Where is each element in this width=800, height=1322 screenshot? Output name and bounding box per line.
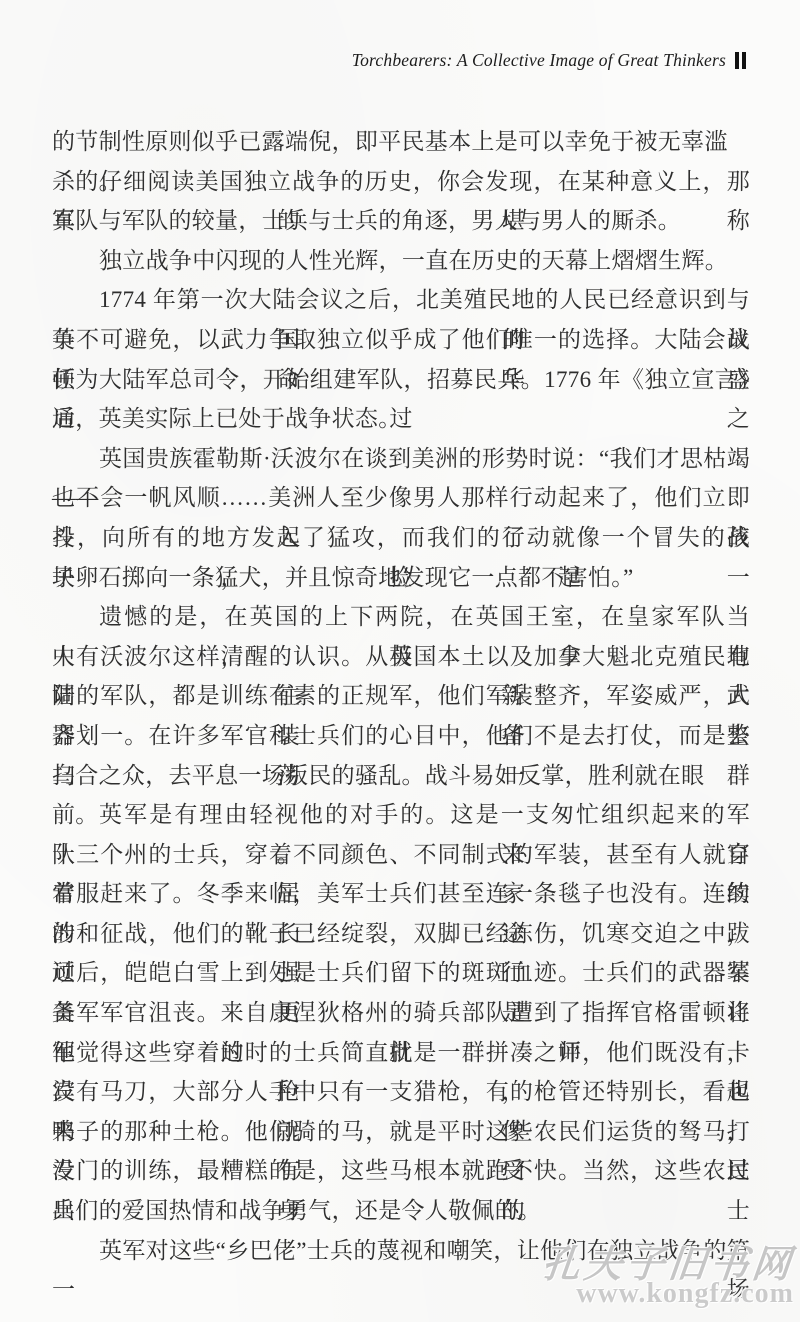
text-line: 斗，向所有的地方发起了猛攻，而我们的行动就像一个冒失的孩子，捡起一 — [52, 518, 750, 558]
text-line: 英国贵族霍勒斯·沃波尔在谈到美洲的形势时说：“我们才思枯竭—— — [52, 439, 750, 479]
text-line: 顿为大陆军总司令，开始组建军队，招募民兵。1776 年《独立宣言》通过之 — [52, 360, 750, 400]
body-text: 的节制性原则似乎已露端倪，即平民基本上是可以幸免于被无辜滥杀的。仔细阅读美国独立… — [52, 122, 750, 1270]
text-line: 十三个州的士兵，穿着不同颜色、不同制式的军装，甚至有人就穿着居家的 — [52, 835, 750, 875]
text-line: 没有马刀，大部分人手中只有一支猎枪，有的枪管还特别长，看起来就像打 — [52, 1072, 750, 1112]
text-line: 常服赶来了。冬季来临，美军士兵们甚至连一条毯子也没有。连续的长途跋 — [52, 874, 750, 914]
running-header-title: Torchbearers: A Collective Image of Grea… — [352, 50, 726, 71]
text-line: 遗憾的是，在英国的上下两院，在英国王室，在皇家军队当中，极少有 — [52, 597, 750, 637]
text-line: 英军是有理由轻视他的对手的。这是一支匆忙组织起来的军队。来自 — [52, 795, 750, 835]
text-line: 过后，皑皑白雪上到处是士兵们留下的斑斑血迹。士兵们的武器装备更是让 — [52, 953, 750, 993]
text-line: 涉和征战，他们的靴子已经绽裂，双脚已经冻伤，饥寒交迫之中，顽强行军 — [52, 914, 750, 954]
text-line: 人有沃波尔这样清醒的认识。从英国本土以及加拿大魁北克殖民地调往新大 — [52, 637, 750, 677]
text-line: 独立战争中闪现的人性光辉，一直在历史的天幕上熠熠生辉。 — [52, 241, 750, 281]
text-line: 争不可避免，以武力争取独立似乎成了他们唯一的选择。大陆会议任命华盛 — [52, 320, 750, 360]
text-line: 仔细阅读美国独立战争的历史，你会发现，在某种意义上，那真的堪称 — [52, 162, 750, 202]
page-header: Torchbearers: A Collective Image of Grea… — [352, 50, 746, 71]
page: { "header": { "title": "Torchbearers: A … — [0, 0, 800, 1322]
text-line: 也不会一帆风顺……美洲人至少像男人那样行动起来了，他们立即投入了战 — [52, 478, 750, 518]
text-line: 美军军官沮丧。来自康涅狄格州的骑兵部队遭到了指挥官格雷顿将军的批评， — [52, 993, 750, 1033]
text-line: 的节制性原则似乎已露端倪，即平民基本上是可以幸免于被无辜滥杀的。 — [52, 122, 750, 162]
text-line: 齐划一。在许多军官和士兵们的心目中，他们不是去打仗，而是去扫荡一群 — [52, 716, 750, 756]
text-line: 乌合之众，去平息一场叛民的骚乱。战斗易如反掌，胜利就在眼前。 — [52, 756, 750, 796]
text-line: 他觉得这些穿着过时的士兵简直就是一群拼凑之师，他们既没有卡宾枪，也 — [52, 1033, 750, 1073]
text-line: 专门的训练，最糟糕的是，这些马根本就跑不快。当然，这些农民出身的士 — [52, 1151, 750, 1191]
text-line: 军队与军队的较量，士兵与士兵的角逐，男人与男人的厮杀。 — [52, 201, 750, 241]
text-line: 英军对这些“乡巴佬”士兵的蔑视和嘲笑，让他们在独立战争的第一场 — [52, 1231, 750, 1271]
text-line: 鸭子的那种土枪。他们骑的马，就是平时这些农民们运货的驽马，没有受过 — [52, 1112, 750, 1152]
text-line: 1774 年第一次大陆会议之后，北美殖民地的人民已经意识到与英国的战 — [52, 280, 750, 320]
text-line: 陆的军队，都是训练有素的正规军，他们军装整齐，军姿威严，武器装备整 — [52, 676, 750, 716]
chapter-marker-icon — [735, 52, 746, 69]
